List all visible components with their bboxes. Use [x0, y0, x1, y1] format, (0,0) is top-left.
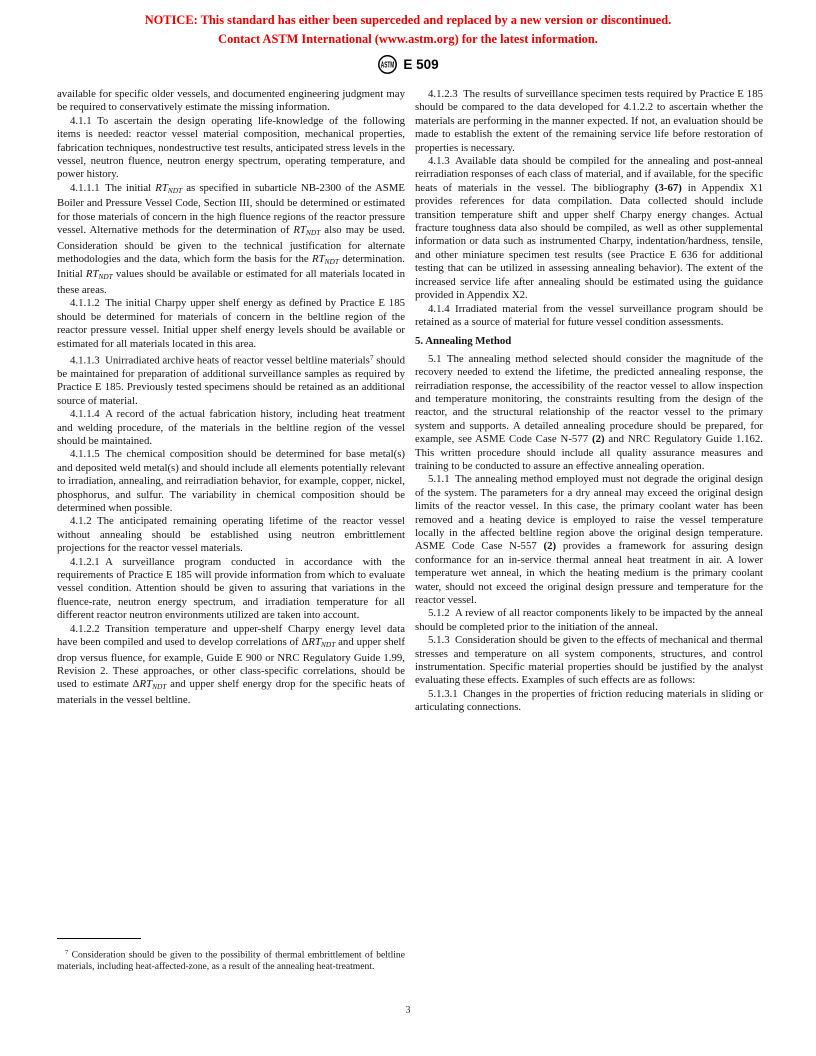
paragraph: 4.1.2.3 The results of surveillance spec… — [415, 88, 763, 155]
svg-text:ASTM: ASTM — [381, 60, 395, 69]
document-code: E 509 — [403, 57, 438, 72]
paragraph: 4.1.1.1 The initial RTNDT as specified i… — [57, 182, 405, 297]
paragraph: 5.1.1 The annealing method employed must… — [415, 473, 763, 607]
paragraph: 5.1 The annealing method selected should… — [415, 353, 763, 474]
paragraph: 4.1.1.4 A record of the actual fabricati… — [57, 408, 405, 448]
footnote-divider — [57, 938, 141, 939]
paragraph: 4.1.1.2 The initial Charpy upper shelf e… — [57, 297, 405, 351]
paragraph: available for specific older vessels, an… — [57, 88, 405, 115]
notice-line-2: Contact ASTM International (www.astm.org… — [0, 30, 816, 49]
page-number: 3 — [0, 1005, 816, 1016]
paragraph: 4.1.1.5 The chemical composition should … — [57, 448, 405, 515]
document-page: NOTICE: This standard has either been su… — [0, 0, 816, 1056]
paragraph: 4.1.3 Available data should be compiled … — [415, 155, 763, 302]
section-heading: 5. Annealing Method — [415, 335, 763, 348]
footnote-text: 7 Consideration should be given to the p… — [57, 947, 405, 973]
discontinuation-notice: NOTICE: This standard has either been su… — [0, 11, 816, 48]
paragraph: 4.1.1.3 Unirradiated archive heats of re… — [57, 351, 405, 408]
paragraph: 4.1.2.1 A surveillance program conducted… — [57, 556, 405, 623]
right-text-column: 4.1.2.3 The results of surveillance spec… — [415, 88, 763, 715]
footnote: 7 Consideration should be given to the p… — [57, 938, 405, 973]
document-header: ASTM E 509 — [0, 54, 816, 75]
paragraph: 4.1.2 The anticipated remaining operatin… — [57, 515, 405, 555]
paragraph: 5.1.3 Consideration should be given to t… — [415, 634, 763, 688]
paragraph: 4.1.2.2 Transition temperature and upper… — [57, 623, 405, 708]
paragraph: 5.1.2 A review of all reactor components… — [415, 607, 763, 634]
notice-line-1: NOTICE: This standard has either been su… — [0, 11, 816, 30]
left-text-column: available for specific older vessels, an… — [57, 88, 405, 707]
paragraph: 4.1.4 Irradiated material from the vesse… — [415, 303, 763, 330]
paragraph: 4.1.1 To ascertain the design operating … — [57, 115, 405, 182]
paragraph: 5.1.3.1 Changes in the properties of fri… — [415, 688, 763, 715]
astm-circle-logo-icon: ASTM — [377, 54, 398, 75]
